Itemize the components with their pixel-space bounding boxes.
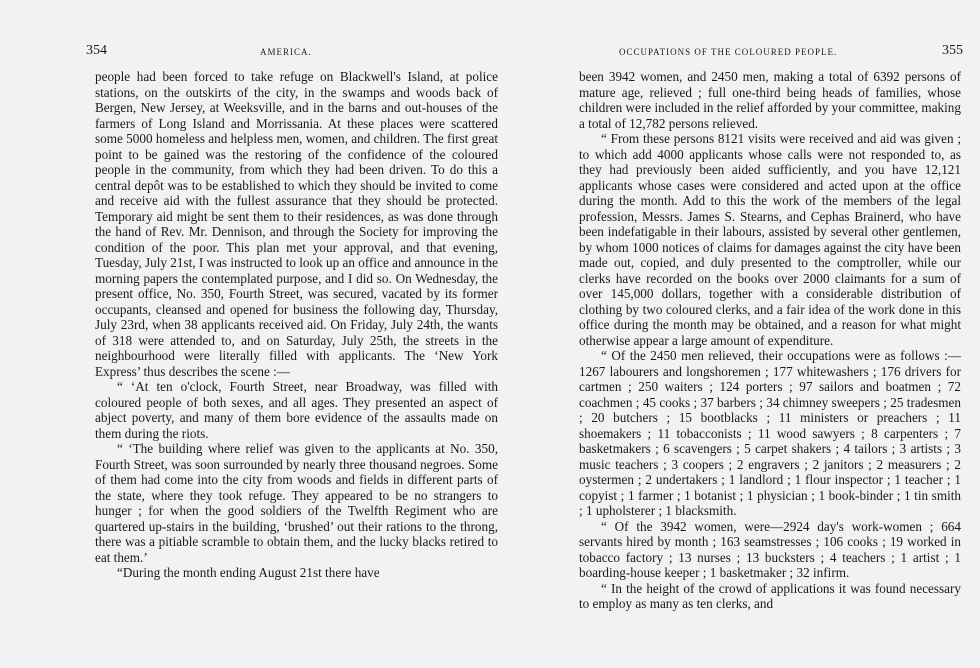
paragraph: “ Of the 2450 men relieved, their occupa… [579, 348, 961, 519]
right-page-header: OCCUPATIONS OF THE COLOURED PEOPLE. 355 [577, 43, 961, 59]
paragraph: “During the month ending August 21st the… [95, 565, 498, 581]
page-number: 354 [86, 43, 107, 59]
paragraph: people had been forced to take refuge on… [95, 69, 498, 379]
paragraph: “ From these persons 8121 visits were re… [579, 131, 961, 348]
paragraph: been 3942 women, and 2450 men, making a … [579, 69, 961, 131]
paragraph: “ In the height of the crowd of applicat… [579, 581, 961, 612]
paragraph: “ Of the 3942 women, were—2924 day's wor… [579, 519, 961, 581]
left-page-header: 354 AMERICA. [92, 43, 500, 59]
running-title: AMERICA. [260, 44, 312, 60]
page-number: 355 [942, 43, 963, 59]
running-title: OCCUPATIONS OF THE COLOURED PEOPLE. [619, 44, 837, 60]
paragraph: “ ‘The building where relief was given t… [95, 441, 498, 565]
right-page-body: been 3942 women, and 2450 men, making a … [579, 69, 961, 612]
paragraph: “ ‘At ten o'clock, Fourth Street, near B… [95, 379, 498, 441]
left-page-body: people had been forced to take refuge on… [95, 69, 498, 581]
